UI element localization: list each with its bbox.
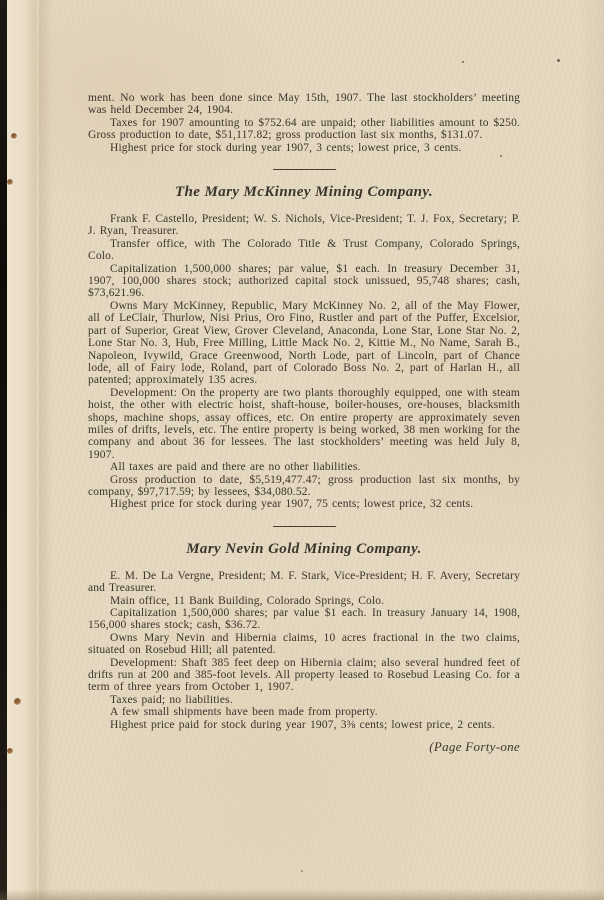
- body-paragraph: ment. No work has been done since May 15…: [88, 92, 520, 117]
- paper-speck: [462, 61, 464, 63]
- body-paragraph: Taxes for 1907 amounting to $752.64 are …: [88, 117, 520, 142]
- body-paragraph: Transfer office, with The Colorado Title…: [88, 238, 520, 263]
- body-paragraph: Frank F. Castello, President; W. S. Nich…: [88, 213, 520, 238]
- page-bottom-shadow: [0, 889, 604, 900]
- section-divider: [273, 526, 336, 527]
- body-paragraph: A few small shipments have been made fro…: [88, 706, 520, 718]
- body-paragraph: All taxes are paid and there are no othe…: [88, 461, 520, 473]
- scanned-page: ment. No work has been done since May 15…: [0, 0, 604, 900]
- body-paragraph: Highest price for stock during year 1907…: [88, 142, 520, 154]
- body-paragraph: Development: Shaft 385 feet deep on Hibe…: [88, 657, 520, 694]
- section-heading-mary-nevin: Mary Nevin Gold Mining Company.: [88, 541, 520, 558]
- body-paragraph: Owns Mary Nevin and Hibernia claims, 10 …: [88, 632, 520, 657]
- stitch-hole: [7, 748, 13, 754]
- body-paragraph: Main office, 11 Bank Building, Colorado …: [88, 595, 520, 607]
- body-paragraph: Capitalization 1,500,000 shares; par val…: [88, 263, 520, 300]
- body-paragraph: Taxes paid; no liabilities.: [88, 694, 520, 706]
- stitch-hole: [14, 698, 21, 705]
- page-binding-edge: [0, 0, 7, 900]
- page-number-footer: (Page Forty-one: [429, 739, 520, 755]
- stitch-hole: [11, 133, 17, 139]
- stitch-hole: [7, 179, 13, 185]
- paper-speck: [301, 870, 303, 872]
- body-paragraph: Gross production to date, $5,519,477.47;…: [88, 474, 520, 499]
- body-paragraph: Highest price for stock during year 1907…: [88, 498, 520, 510]
- page-text-block: ment. No work has been done since May 15…: [88, 92, 520, 731]
- page-crease-shadow: [39, 0, 53, 900]
- section-heading-mary-mckinney: The Mary McKinney Mining Company.: [88, 184, 520, 201]
- body-paragraph: Capitalization 1,500,000 shares; par val…: [88, 607, 520, 632]
- page-right-shading: [578, 0, 604, 900]
- body-paragraph: Highest price paid for stock during year…: [88, 719, 520, 731]
- body-paragraph: Owns Mary McKinney, Republic, Mary McKin…: [88, 300, 520, 387]
- paper-speck: [557, 59, 560, 62]
- section-divider: [273, 169, 336, 170]
- body-paragraph: E. M. De La Vergne, President; M. F. Sta…: [88, 570, 520, 595]
- body-paragraph: Development: On the property are two pla…: [88, 387, 520, 461]
